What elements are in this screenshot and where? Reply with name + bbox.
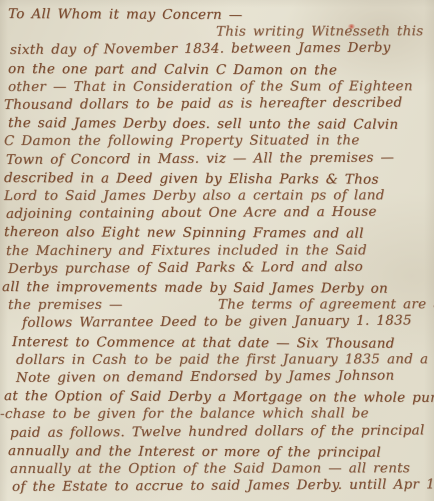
handwritten-line: follows Warrantee Deed to be given Janua… — [0, 313, 434, 334]
handwritten-line: Thousand dollars to be paid as is hereaf… — [0, 94, 434, 115]
handwritten-line: Derbys purchase of Said Parks & Lord and… — [0, 258, 434, 279]
handwritten-line: adjoining containing about One Acre and … — [0, 204, 434, 225]
handwritten-line: Note given on demand Endorsed by James J… — [0, 367, 434, 388]
handwritten-line: sixth day of November 1834. between Jame… — [0, 40, 434, 61]
handwritten-line: paid as follows. Twelve hundred dollars … — [0, 422, 434, 443]
red-ink-mark — [347, 24, 356, 29]
handwritten-line: of the Estate to accrue to said James De… — [0, 477, 434, 498]
handwritten-line: Town of Concord in Mass. viz — All the p… — [0, 149, 434, 170]
document-text: To All Whom it may Concern —This writing… — [0, 6, 434, 497]
document-page: To All Whom it may Concern —This writing… — [0, 0, 434, 501]
